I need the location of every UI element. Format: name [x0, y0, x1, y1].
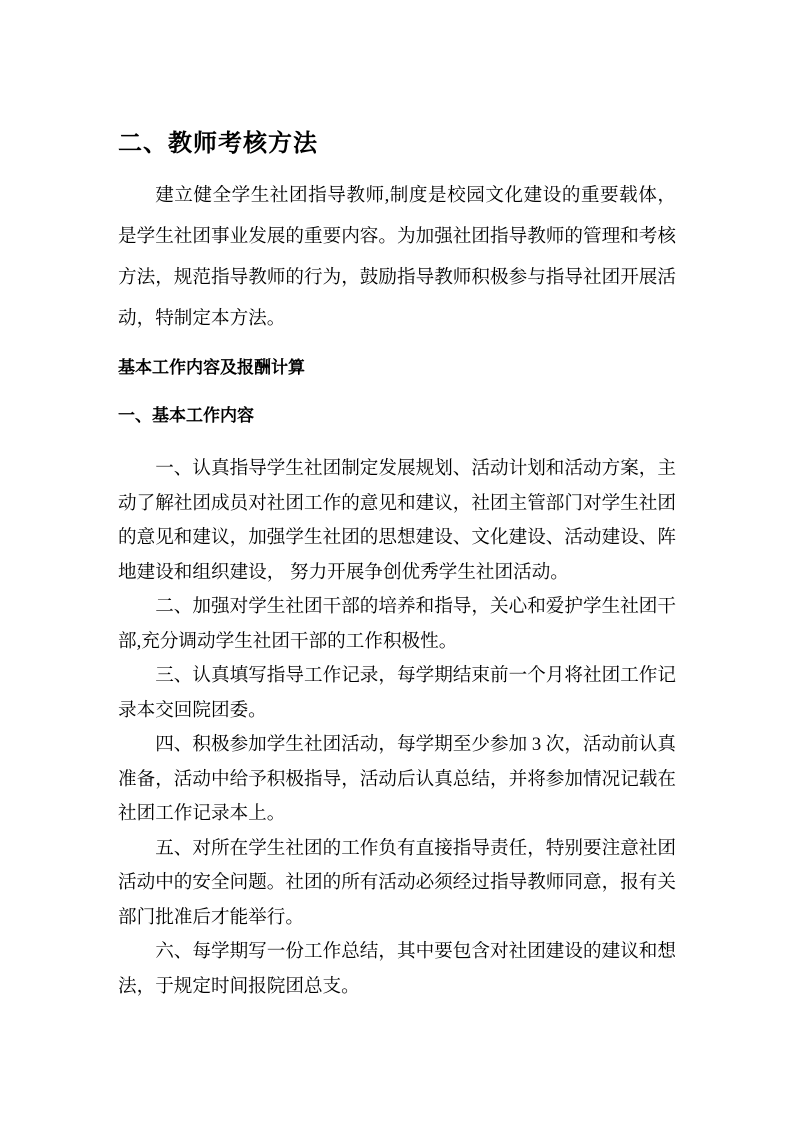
paragraph-line: 是学生社团事业发展的重要内容。为加强社团指导教师的管理和考核: [118, 216, 676, 257]
paragraph-line: 建立健全学生社团指导教师,制度是校园文化建设的重要载体，: [118, 175, 676, 216]
paragraph-line: 准备，活动中给予积极指导，活动后认真总结，并将参加情况记载在: [118, 763, 676, 798]
subsection-heading: 一、基本工作内容: [118, 404, 676, 428]
paragraph-line: 一、认真指导学生社团制定发展规划、活动计划和活动方案，主: [118, 452, 676, 487]
paragraph-line: 活动中的安全问题。社团的所有活动必须经过指导教师同意，报有关: [118, 866, 676, 901]
paragraph-line: 四、积极参加学生社团活动，每学期至少参加 3 次，活动前认真: [118, 728, 676, 763]
list-item-6: 六、每学期写一份工作总结，其中要包含对社团建设的建议和想 法，于规定时间报院团总…: [118, 935, 676, 1004]
paragraph-line: 地建设和组织建设， 努力开展争创优秀学生社团活动。: [118, 556, 676, 591]
paragraph-line: 动，特制定本方法。: [118, 298, 676, 339]
list-item-3: 三、认真填写指导工作记录，每学期结束前一个月将社团工作记 录本交回院团委。: [118, 659, 676, 728]
list-item-2: 二、加强对学生社团干部的培养和指导，关心和爱护学生社团干 部,充分调动学生社团干…: [118, 590, 676, 659]
paragraph-line: 动了解社团成员对社团工作的意见和建议，社团主管部门对学生社团: [118, 487, 676, 522]
paragraph-line: 社团工作记录本上。: [118, 797, 676, 832]
document-page: 二、教师考核方法 建立健全学生社团指导教师,制度是校园文化建设的重要载体， 是学…: [0, 0, 793, 1122]
list-item-1: 一、认真指导学生社团制定发展规划、活动计划和活动方案，主 动了解社团成员对社团工…: [118, 452, 676, 590]
paragraph-line: 方法，规范指导教师的行为，鼓励指导教师积极参与指导社团开展活: [118, 257, 676, 298]
paragraph-line: 二、加强对学生社团干部的培养和指导，关心和爱护学生社团干: [118, 590, 676, 625]
paragraph-line: 录本交回院团委。: [118, 694, 676, 729]
paragraph-line: 六、每学期写一份工作总结，其中要包含对社团建设的建议和想: [118, 935, 676, 970]
numbered-items: 一、认真指导学生社团制定发展规划、活动计划和活动方案，主 动了解社团成员对社团工…: [118, 452, 676, 1004]
document-title: 二、教师考核方法: [118, 126, 676, 162]
section-heading: 基本工作内容及报酬计算: [118, 356, 676, 380]
paragraph-line: 法，于规定时间报院团总支。: [118, 970, 676, 1005]
intro-paragraph: 建立健全学生社团指导教师,制度是校园文化建设的重要载体， 是学生社团事业发展的重…: [118, 175, 676, 339]
list-item-5: 五、对所在学生社团的工作负有直接指导责任，特别要注意社团 活动中的安全问题。社团…: [118, 832, 676, 936]
list-item-4: 四、积极参加学生社团活动，每学期至少参加 3 次，活动前认真 准备，活动中给予积…: [118, 728, 676, 832]
paragraph-line: 三、认真填写指导工作记录，每学期结束前一个月将社团工作记: [118, 659, 676, 694]
paragraph-line: 部,充分调动学生社团干部的工作积极性。: [118, 625, 676, 660]
paragraph-line: 五、对所在学生社团的工作负有直接指导责任，特别要注意社团: [118, 832, 676, 867]
paragraph-line: 部门批准后才能举行。: [118, 901, 676, 936]
paragraph-line: 的意见和建议，加强学生社团的思想建设、文化建设、活动建设、阵: [118, 521, 676, 556]
